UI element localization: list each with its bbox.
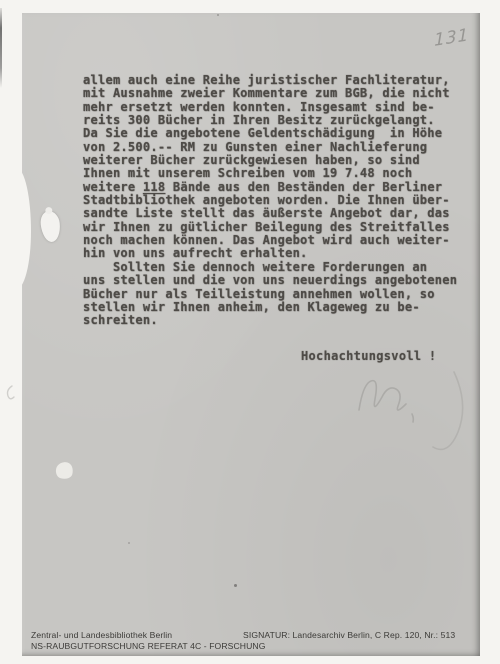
scan-edge-artifact — [0, 8, 2, 88]
letter-closing: Hochachtungsvoll ! — [301, 349, 436, 363]
archive-caption: Zentral- und Landesbibliothek Berlin SIG… — [31, 630, 476, 651]
handwritten-signature — [342, 366, 472, 461]
letter-line: Da Sie die angebotene Geldentschädigung … — [83, 127, 469, 140]
scanned-document-page: 131 allem auch eine Reihe juristischer F… — [0, 0, 500, 664]
dust-speck — [234, 584, 237, 587]
letter-line: Ihnen mit unserem Schreiben vom 19 7.48 … — [83, 167, 469, 180]
letter-line: Bücher nur als Teilleistung annehmen wol… — [83, 288, 469, 301]
dust-speck — [217, 14, 219, 16]
dust-speck — [128, 542, 130, 544]
archive-signature: SIGNATUR: Landesarchiv Berlin, C Rep. 12… — [243, 630, 476, 641]
library-name: Zentral- und Landesbibliothek Berlin — [31, 630, 243, 641]
margin-pencil-mark — [2, 380, 20, 406]
department-name: NS-RAUBGUTFORSCHUNG REFERAT 4C - FORSCHU… — [31, 641, 266, 652]
letter-line: uns stellen und die von uns neuerdings a… — [83, 274, 469, 287]
letter-body: allem auch eine Reihe juristischer Fachl… — [83, 74, 469, 328]
caption-line-2: NS-RAUBGUTFORSCHUNG REFERAT 4C - FORSCHU… — [31, 641, 476, 652]
letter-line: sandte Liste stellt das äußerste Angebot… — [83, 207, 469, 220]
letter-line: schreiten. — [83, 314, 469, 327]
caption-line-1: Zentral- und Landesbibliothek Berlin SIG… — [31, 630, 476, 641]
letter-line: hin von uns aufrecht erhalten. — [83, 247, 469, 260]
letter-line: mit Ausnahme zweier Kommentare zum BGB, … — [83, 87, 469, 100]
